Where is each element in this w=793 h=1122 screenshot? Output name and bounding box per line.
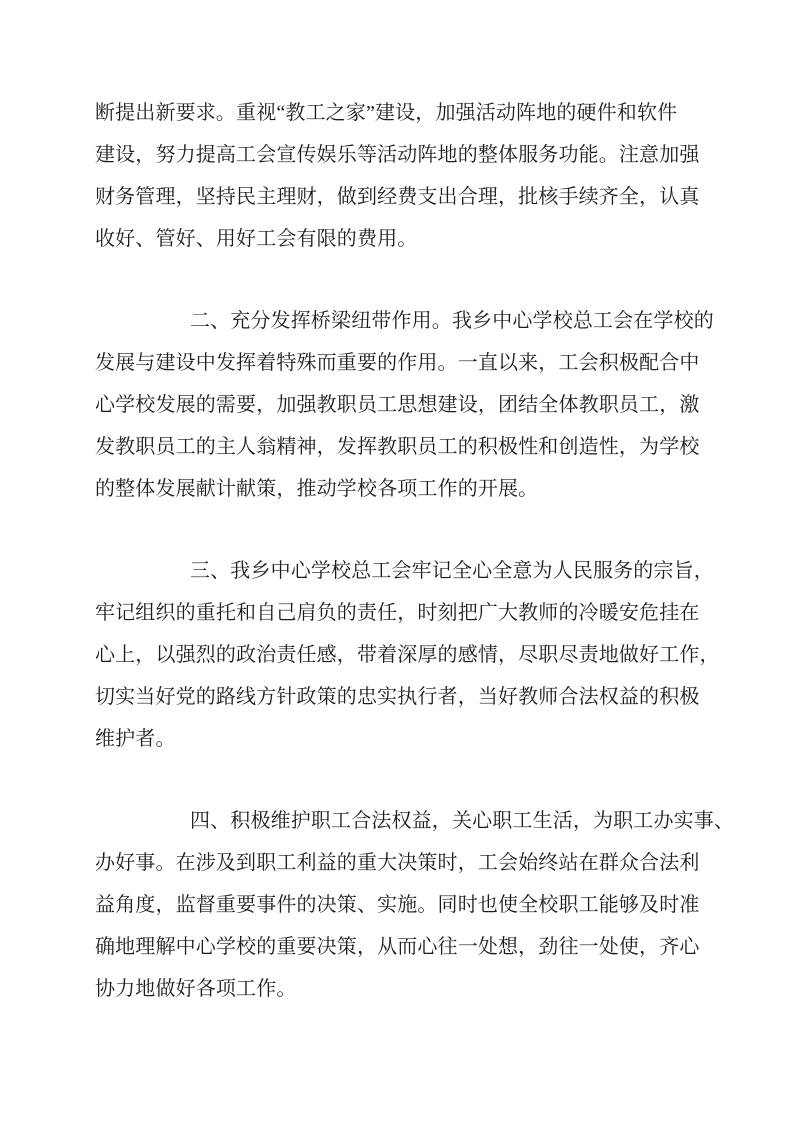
text-line: 四、积极维护职工合法权益，关心职工生活，为职工办实事、 <box>190 800 705 842</box>
text-line: 断提出新要求。重视“教工之家”建设，加强活动阵地的硬件和软件 <box>95 92 705 134</box>
document-page: 断提出新要求。重视“教工之家”建设，加强活动阵地的硬件和软件建设，努力提高工会宣… <box>0 0 793 1122</box>
text-line: 维护者。 <box>95 718 705 760</box>
document-body: 断提出新要求。重视“教工之家”建设，加强活动阵地的硬件和软件建设，努力提高工会宣… <box>95 92 705 1010</box>
text-line: 二、充分发挥桥梁纽带作用。我乡中心学校总工会在学校的 <box>190 300 705 342</box>
text-line: 切实当好党的路线方针政策的忠实执行者，当好教师合法权益的积极 <box>95 676 705 718</box>
paragraph: 断提出新要求。重视“教工之家”建设，加强活动阵地的硬件和软件建设，努力提高工会宣… <box>95 92 705 260</box>
paragraph: 三、我乡中心学校总工会牢记全心全意为人民服务的宗旨，牢记组织的重托和自己肩负的责… <box>95 550 705 760</box>
text-line: 财务管理，坚持民主理财，做到经费支出合理，批核手续齐全，认真 <box>95 176 705 218</box>
text-line: 牢记组织的重托和自己肩负的责任，时刻把广大教师的冷暖安危挂在 <box>95 592 705 634</box>
text-line: 三、我乡中心学校总工会牢记全心全意为人民服务的宗旨， <box>190 550 705 592</box>
paragraph: 二、充分发挥桥梁纽带作用。我乡中心学校总工会在学校的发展与建设中发挥着特殊而重要… <box>95 300 705 510</box>
paragraph: 四、积极维护职工合法权益，关心职工生活，为职工办实事、办好事。在涉及到职工利益的… <box>95 800 705 1010</box>
text-line: 协力地做好各项工作。 <box>95 968 705 1010</box>
text-line: 建设，努力提高工会宣传娱乐等活动阵地的整体服务功能。注意加强 <box>95 134 705 176</box>
text-line: 收好、管好、用好工会有限的费用。 <box>95 218 705 260</box>
text-line: 心学校发展的需要，加强教职员工思想建设，团结全体教职员工，激 <box>95 384 705 426</box>
text-line: 发展与建设中发挥着特殊而重要的作用。一直以来，工会积极配合中 <box>95 342 705 384</box>
text-line: 的整体发展献计献策，推动学校各项工作的开展。 <box>95 468 705 510</box>
text-line: 确地理解中心学校的重要决策，从而心往一处想，劲往一处使，齐心 <box>95 926 705 968</box>
text-line: 办好事。在涉及到职工利益的重大决策时，工会始终站在群众合法利 <box>95 842 705 884</box>
text-line: 发教职员工的主人翁精神，发挥教职员工的积极性和创造性，为学校 <box>95 426 705 468</box>
text-line: 心上，以强烈的政治责任感，带着深厚的感情，尽职尽责地做好工作， <box>95 634 705 676</box>
text-line: 益角度，监督重要事件的决策、实施。同时也使全校职工能够及时准 <box>95 884 705 926</box>
